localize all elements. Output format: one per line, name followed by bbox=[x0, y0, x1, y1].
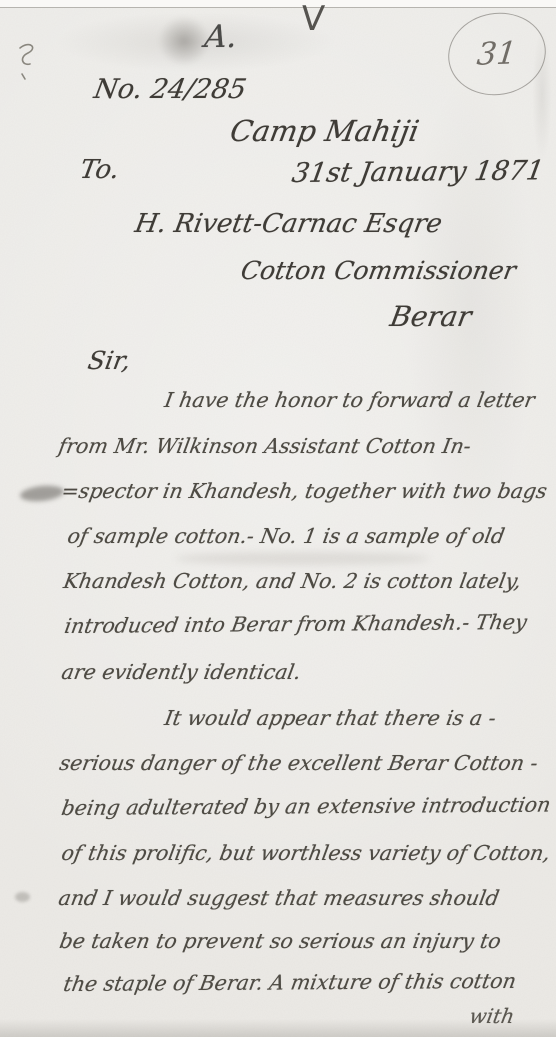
body-line: It would appear that there is a - bbox=[163, 708, 498, 729]
letter-page: A. V 31 No. 24/285 Camp Mahiji To. 31st … bbox=[0, 0, 556, 1037]
body-line: be taken to prevent so serious an injury… bbox=[58, 931, 503, 952]
body-line: being adulterated by an extensive introd… bbox=[60, 795, 552, 819]
date-line: 31st January 1871 bbox=[290, 157, 546, 187]
body-line: serious danger of the excellent Berar Co… bbox=[58, 753, 539, 774]
body-line: introduced into Berar from Khandesh.- Th… bbox=[63, 612, 528, 637]
circled-page-number: 31 bbox=[442, 5, 553, 103]
ink-smudge bbox=[158, 16, 210, 66]
scan-top-edge bbox=[0, 0, 556, 8]
body-line: from Mr. Wilkinson Assistant Cotton In- bbox=[57, 436, 473, 457]
place-line: Camp Mahiji bbox=[228, 117, 421, 146]
recipient-title: Cotton Commissioner bbox=[239, 258, 518, 283]
letter-mark: A. bbox=[203, 22, 239, 53]
ink-smudge bbox=[19, 484, 64, 504]
recipient-name: H. Rivett-Carnac Esqre bbox=[133, 211, 444, 237]
ink-smudge bbox=[15, 892, 30, 902]
body-line: =spector in Khandesh, together with two … bbox=[60, 481, 549, 502]
body-line: are evidently identical. bbox=[60, 662, 302, 683]
recipient-region: Berar bbox=[388, 303, 474, 331]
check-mark: V bbox=[300, 2, 326, 36]
paper-stain bbox=[175, 552, 430, 565]
body-line: of this prolific, but worthless variety … bbox=[60, 843, 552, 864]
body-line: the staple of Berar. A mixture of this c… bbox=[62, 971, 518, 995]
catchword: with bbox=[468, 1006, 516, 1026]
body-line: of sample cotton.- No. 1 is a sample of … bbox=[66, 526, 506, 547]
body-line: I have the honor to forward a letter bbox=[163, 390, 536, 411]
circled-page-number-value: 31 bbox=[475, 35, 518, 73]
to-label: To. bbox=[78, 157, 121, 183]
salutation: Sir, bbox=[86, 348, 133, 373]
body-line: and I would suggest that measures should bbox=[57, 888, 501, 909]
reference-number: No. 24/285 bbox=[92, 76, 248, 103]
body-line: Khandesh Cotton, and No. 2 is cotton lat… bbox=[62, 571, 523, 592]
pencil-squiggle bbox=[14, 40, 44, 84]
